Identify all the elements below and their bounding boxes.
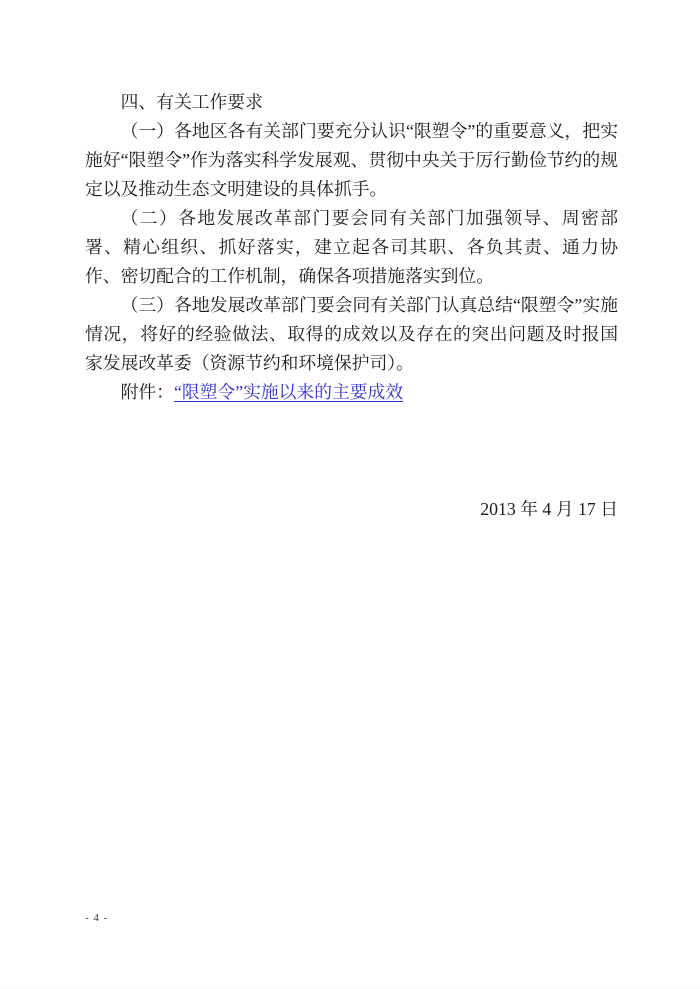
page-number: - 4 - [85, 911, 108, 925]
paragraph-3: （三）各地发展改革部门要会同有关部门认真总结“限塑令”实施情况，将好的经验做法、… [85, 291, 618, 378]
paragraph-2: （二）各地发展改革部门要会同有关部门加强领导、周密部署、精心组织、抓好落实，建立… [85, 204, 618, 291]
document-body: 四、有关工作要求 （一）各地区各有关部门要充分认识“限塑令”的重要意义，把实施好… [85, 88, 618, 524]
attachment-line: 附件：“限塑令”实施以来的主要成效 [85, 378, 618, 407]
document-date: 2013 年 4 月 17 日 [85, 495, 618, 524]
document-page: 四、有关工作要求 （一）各地区各有关部门要充分认识“限塑令”的重要意义，把实施好… [0, 0, 700, 989]
section-heading: 四、有关工作要求 [85, 88, 618, 117]
attachment-link[interactable]: “限塑令”实施以来的主要成效 [174, 382, 403, 402]
attachment-label: 附件： [121, 382, 174, 402]
paragraph-1: （一）各地区各有关部门要充分认识“限塑令”的重要意义，把实施好“限塑令”作为落实… [85, 117, 618, 204]
